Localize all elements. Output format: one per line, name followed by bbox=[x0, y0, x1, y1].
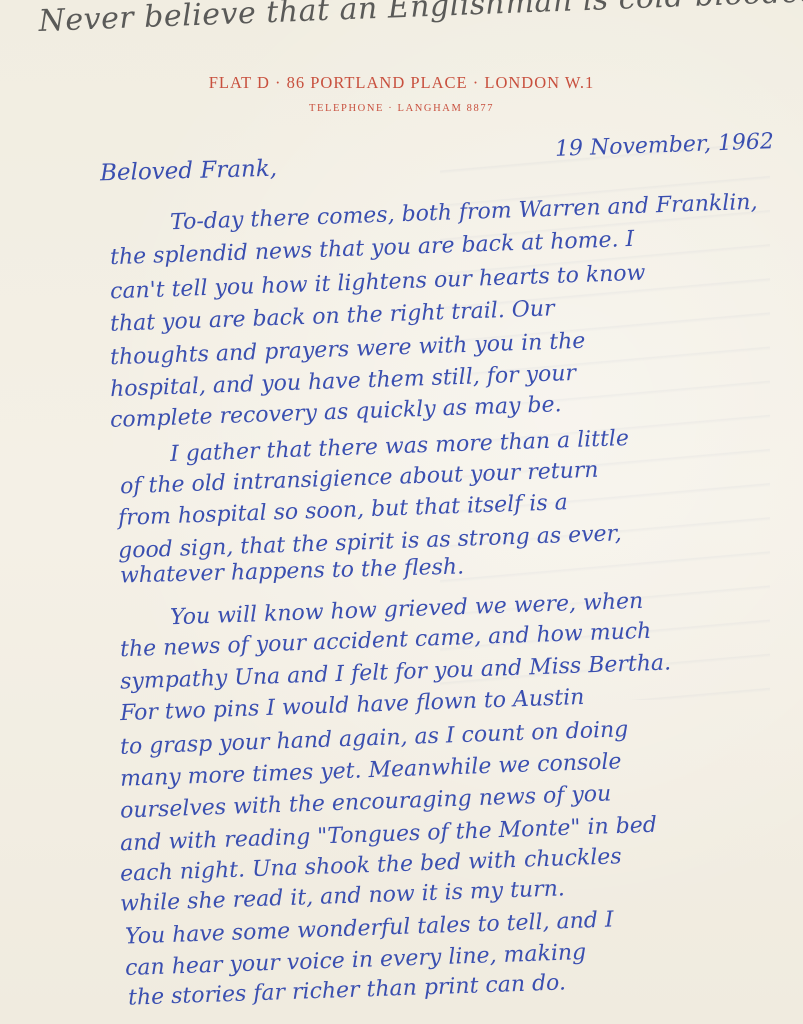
letterhead-telephone: TELEPHONE · LANGHAM 8877 bbox=[0, 103, 803, 114]
salutation: Beloved Frank, bbox=[100, 156, 278, 187]
letterhead-address: FLAT D · 86 PORTLAND PLACE · LONDON W.1 bbox=[0, 73, 803, 93]
